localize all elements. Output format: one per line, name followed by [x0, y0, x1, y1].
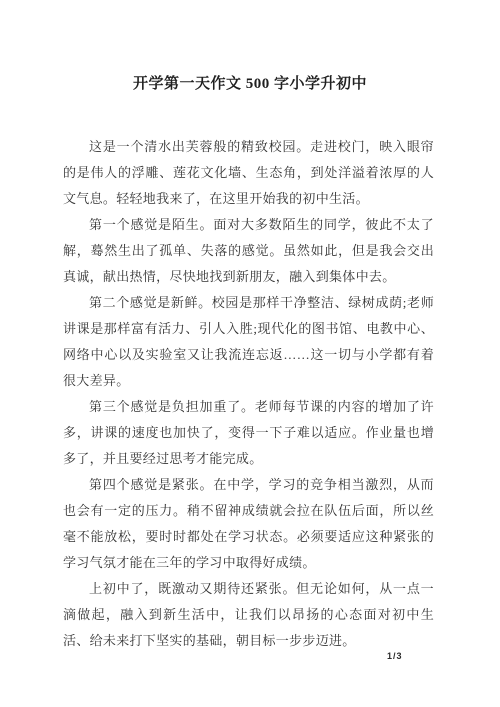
paragraph-conclusion: 上初中了，既激动又期待还紧张。但无论如何，从一点一滴做起，融入到新生活中，让我们…: [63, 576, 434, 654]
paragraph-feeling-1: 第一个感觉是陌生。面对大多数陌生的同学，彼此不太了解，蓦然生出了孤单、失落的感觉…: [63, 212, 434, 290]
document-body: 这是一个清水出芙蓉般的精致校园。走进校门，映入眼帘的是伟人的浮雕、莲花文化墙、生…: [63, 134, 434, 654]
document-title: 开学第一天作文 500 字小学升初中: [0, 72, 500, 93]
paragraph-intro: 这是一个清水出芙蓉般的精致校园。走进校门，映入眼帘的是伟人的浮雕、莲花文化墙、生…: [63, 134, 434, 212]
paragraph-feeling-3: 第三个感觉是负担加重了。老师每节课的内容的增加了许多，讲课的速度也加快了，变得一…: [63, 394, 434, 472]
paragraph-feeling-4: 第四个感觉是紧张。在中学，学习的竞争相当激烈，从而也会有一定的压力。稍不留神成绩…: [63, 472, 434, 576]
document-page: 开学第一天作文 500 字小学升初中 这是一个清水出芙蓉般的精致校园。走进校门，…: [0, 0, 500, 707]
paragraph-feeling-2: 第二个感觉是新鲜。校园是那样干净整洁、绿树成荫;老师讲课是那样富有活力、引人入胜…: [63, 290, 434, 394]
page-number-indicator: 1/3: [387, 651, 403, 661]
